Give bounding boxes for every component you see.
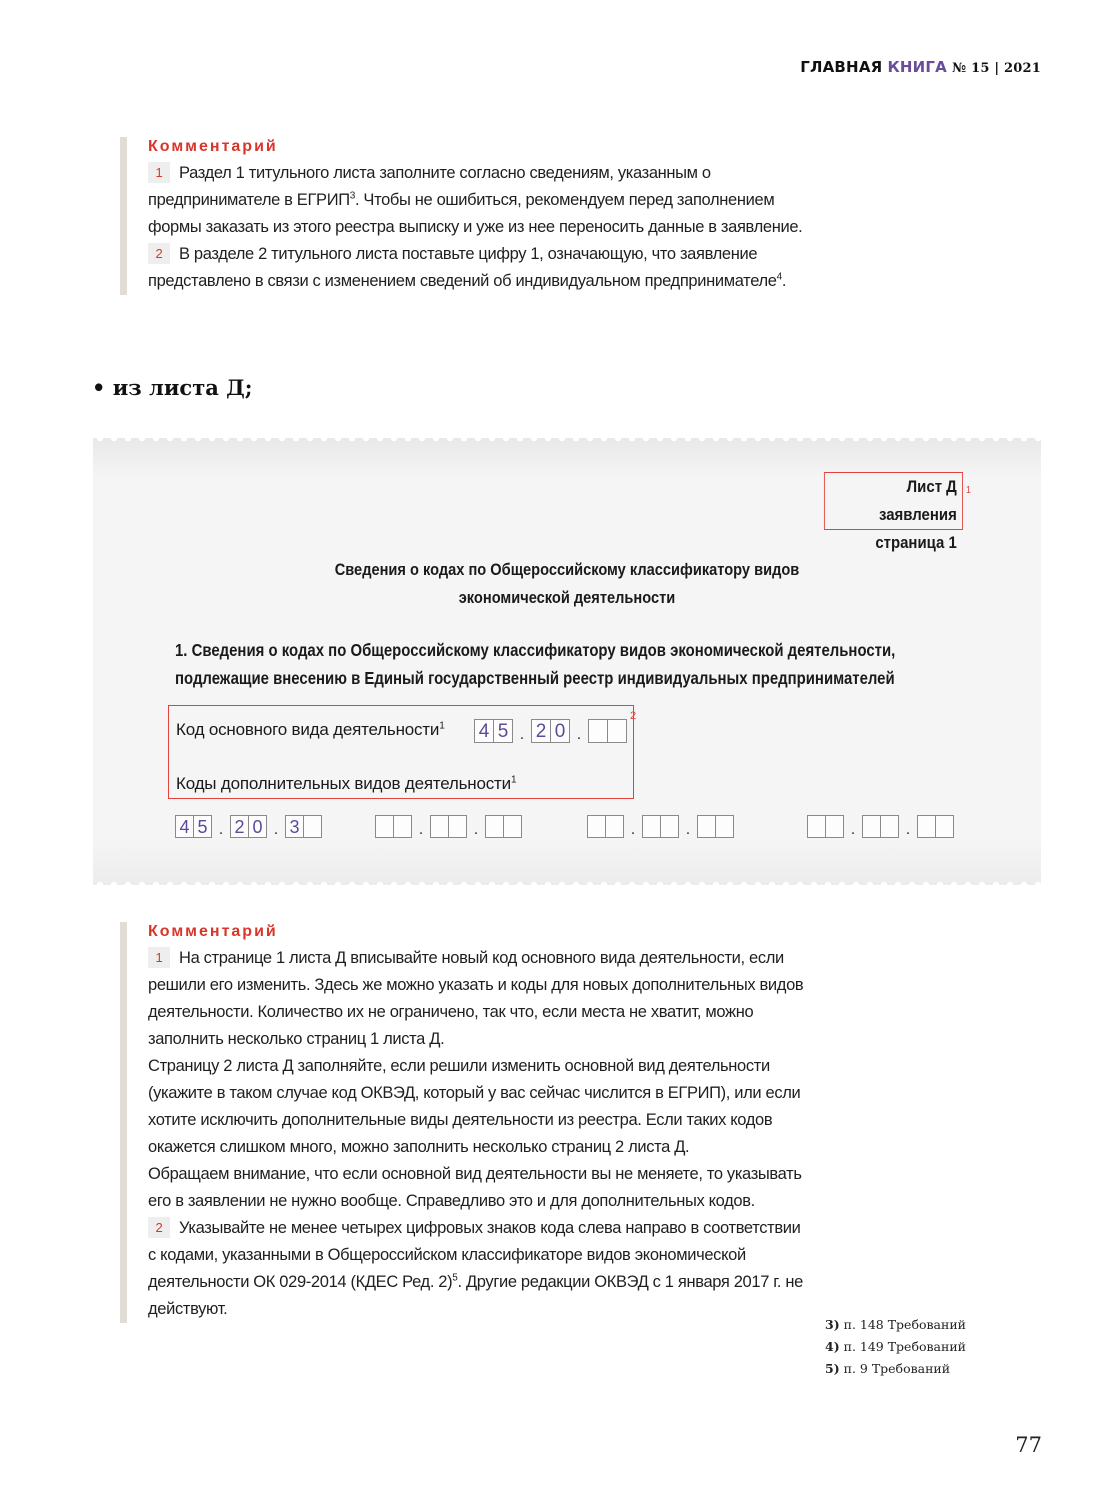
footnote-ref: 1 (439, 720, 444, 731)
comment-item-2: 2В разделе 2 титульного листа поставьте … (148, 241, 808, 295)
footnote-ref: 1 (511, 774, 516, 785)
code-digit-cell[interactable] (431, 816, 449, 837)
code-digit-group[interactable] (642, 815, 679, 838)
code-digit-group[interactable] (430, 815, 467, 838)
code-digit-group[interactable]: 45 (175, 815, 212, 838)
code-digit-cell[interactable] (661, 816, 678, 837)
footnote-text: п. 148 Требований (844, 1317, 966, 1332)
code-separator-dot: . (412, 822, 430, 838)
code-digit-cell[interactable] (881, 816, 898, 837)
main-code-label: Код основного вида деятельности1 (176, 720, 445, 740)
extra-code-field[interactable]: .. (375, 815, 522, 838)
code-digit-cell[interactable] (589, 720, 608, 742)
code-digit-cell[interactable]: 5 (494, 720, 512, 742)
sheet-label-box: Лист Д заявления страница 1 1 (824, 472, 963, 530)
comment-item-1: 1На странице 1 листа Д вписывайте новый … (148, 945, 808, 1053)
code-digit-group[interactable] (375, 815, 412, 838)
code-digit-group[interactable] (485, 815, 522, 838)
code-digit-cell[interactable] (588, 816, 606, 837)
code-digit-cell[interactable] (826, 816, 843, 837)
code-digit-cell[interactable] (936, 816, 953, 837)
footnote-number: 5) (825, 1361, 840, 1376)
comment-title: Комментарий (148, 137, 808, 157)
footnote-number: 4) (825, 1339, 840, 1354)
comment-text: . (782, 272, 786, 290)
brand-name-part1: ГЛАВНАЯ (800, 58, 882, 76)
annotation-marker-1: 1 (966, 477, 971, 505)
note-badge: 2 (148, 243, 170, 264)
code-separator-dot: . (899, 822, 917, 838)
bullet-heading: • из листа Д; (92, 375, 253, 400)
code-separator-dot: . (267, 822, 285, 838)
code-digit-group[interactable] (588, 719, 627, 743)
extra-codes-label: Коды дополнительных видов деятельности1 (176, 774, 516, 794)
page-number: 77 (1015, 1433, 1042, 1457)
footnotes: 3) п. 148 Требований 4) п. 149 Требовани… (825, 1314, 966, 1380)
code-digit-cell[interactable]: 0 (249, 816, 266, 837)
extra-code-field[interactable]: .. (807, 815, 954, 838)
code-digit-cell[interactable] (304, 816, 321, 837)
code-digit-cell[interactable]: 2 (231, 816, 249, 837)
code-separator-dot: . (467, 822, 485, 838)
comment-block-1: Комментарий 1Раздел 1 титульного листа з… (120, 137, 808, 295)
note-badge: 1 (148, 947, 170, 968)
extra-codes-label-text: Коды дополнительных видов деятельности (176, 774, 511, 793)
comment-text: В разделе 2 титульного листа поставьте ц… (148, 245, 777, 290)
form-title-text: Сведения о кодах по Общероссийскому клас… (326, 556, 808, 612)
code-separator-dot: . (624, 822, 642, 838)
code-digit-cell[interactable]: 5 (194, 816, 211, 837)
code-digit-group[interactable]: 20 (230, 815, 267, 838)
note-badge: 1 (148, 162, 170, 183)
code-digit-cell[interactable]: 4 (475, 720, 494, 742)
code-digit-cell[interactable]: 0 (551, 720, 569, 742)
code-digit-cell[interactable] (608, 720, 626, 742)
code-digit-cell[interactable] (606, 816, 623, 837)
code-digit-cell[interactable] (808, 816, 826, 837)
sheet-label-line2: страница 1 (825, 529, 957, 557)
sheet-label-line1: Лист Д заявления (825, 473, 957, 529)
comment-paragraph: Обращаем внимание, что если основной вид… (148, 1161, 808, 1215)
code-digit-cell[interactable] (643, 816, 661, 837)
comment-block-2: Комментарий 1На странице 1 листа Д вписы… (120, 922, 808, 1323)
code-digit-group[interactable] (917, 815, 954, 838)
footnote-5: 5) п. 9 Требований (825, 1358, 966, 1380)
footnote-3: 3) п. 148 Требований (825, 1314, 966, 1336)
footnote-text: п. 149 Требований (844, 1339, 966, 1354)
code-digit-cell[interactable] (918, 816, 936, 837)
code-digit-cell[interactable] (394, 816, 411, 837)
code-digit-group[interactable]: 20 (531, 719, 570, 743)
code-separator-dot: . (513, 727, 531, 743)
code-digit-group[interactable] (697, 815, 734, 838)
code-digit-cell[interactable]: 4 (176, 816, 194, 837)
footnote-number: 3) (825, 1317, 840, 1332)
main-code-field[interactable]: 45.20. (474, 719, 627, 743)
comment-title: Комментарий (148, 922, 808, 942)
comment-text: На странице 1 листа Д вписывайте новый к… (148, 949, 803, 1048)
code-digit-cell[interactable] (376, 816, 394, 837)
brand-name-part2: КНИГА (887, 58, 947, 76)
code-digit-cell[interactable] (504, 816, 521, 837)
footnote-text: п. 9 Требований (844, 1361, 950, 1376)
form-title: Сведения о кодах по Общероссийскому клас… (159, 556, 974, 612)
issue-number: № 15 | 2021 (952, 61, 1041, 76)
section-title: 1. Сведения о кодах по Общероссийскому к… (175, 636, 968, 692)
extra-code-field[interactable]: 45.20.3 (175, 815, 322, 838)
code-digit-cell[interactable]: 3 (286, 816, 304, 837)
code-digit-group[interactable] (587, 815, 624, 838)
code-digit-cell[interactable] (863, 816, 881, 837)
code-digit-cell[interactable] (698, 816, 716, 837)
code-digit-cell[interactable] (486, 816, 504, 837)
comment-item-1: 1Раздел 1 титульного листа заполните сог… (148, 160, 808, 241)
comment-item-2: 2Указывайте не менее четырех цифровых зн… (148, 1215, 808, 1323)
code-separator-dot: . (570, 727, 588, 743)
code-digit-group[interactable]: 45 (474, 719, 513, 743)
form-sample-panel: Лист Д заявления страница 1 1 Сведения о… (93, 438, 1041, 885)
code-separator-dot: . (844, 822, 862, 838)
comment-paragraph: Страницу 2 листа Д заполняйте, если реши… (148, 1053, 808, 1161)
annotation-marker-2: 2 (630, 710, 636, 722)
main-code-label-text: Код основного вида деятельности (176, 720, 439, 739)
code-separator-dot: . (679, 822, 697, 838)
code-digit-cell[interactable] (716, 816, 733, 837)
code-digit-cell[interactable] (449, 816, 466, 837)
code-digit-group[interactable] (807, 815, 844, 838)
code-digit-cell[interactable]: 2 (532, 720, 551, 742)
code-digit-group[interactable]: 3 (285, 815, 322, 838)
extra-code-field[interactable]: .. (587, 815, 734, 838)
code-digit-group[interactable] (862, 815, 899, 838)
magazine-header: ГЛАВНАЯ КНИГА № 15 | 2021 (800, 58, 1041, 76)
footnote-4: 4) п. 149 Требований (825, 1336, 966, 1358)
note-badge: 2 (148, 1217, 170, 1238)
code-separator-dot: . (212, 822, 230, 838)
